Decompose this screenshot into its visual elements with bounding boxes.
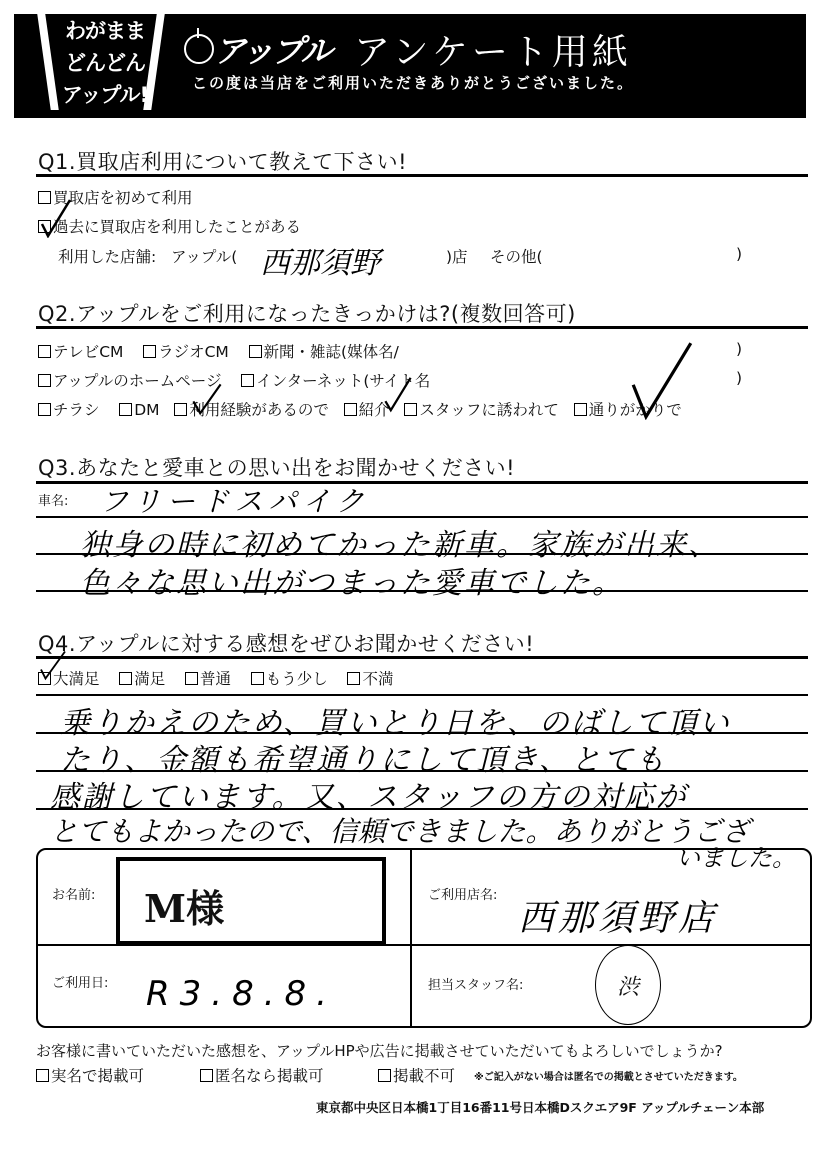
brand-name: アップル [214,26,330,72]
option-label: もう少し [266,670,328,688]
q3-heading: Q3.あなたと愛車との思い出をお聞かせください! [38,452,515,482]
checkbox[interactable] [251,672,264,685]
option-label: 過去に買取店を利用したことがある [53,218,301,236]
ruled-line [36,694,808,696]
checkbox[interactable] [38,191,51,204]
apple-logo-icon [184,34,214,64]
q2-option-referral[interactable]: 紹介 [344,401,390,419]
q2-option-homepage[interactable]: アップルのホームページ [38,372,222,390]
car-name-label: 車名: [38,490,68,509]
option-label: 匿名なら掲載可 [215,1067,324,1085]
ruled-line [36,516,808,518]
staff-stamp: 渋 [595,945,661,1025]
option-label: 利用経験があるので [189,401,329,419]
staff-label: 担当スタッフ名: [428,974,523,993]
option-label: 紹介 [359,401,390,419]
name-label: お名前: [52,884,95,903]
q4-ratings: 大満足 満足 普通 もう少し 不満 [38,667,393,689]
option-label: 不満 [362,670,393,688]
divider [410,848,412,1026]
q2-row1: テレビCM ラジオCM 新聞・雑誌(媒体名/ [38,340,399,362]
checkbox[interactable] [119,672,132,685]
q2-option-passing-by[interactable]: 通りがかりで [574,401,682,419]
checkbox[interactable] [249,345,262,358]
stamp-text: 渋 [617,970,639,1001]
checkbox[interactable] [38,374,51,387]
publish-consent-question: お客様に書いていただいた感想を、アップルHPや広告に掲載させていただいてもよろし… [36,1040,723,1061]
store-name-value[interactable]: 西那須野店 [518,890,718,941]
q2-row2: アップルのホームページ インターネット(サイト名 [38,369,430,391]
store-name-label: ご利用店名: [428,884,497,903]
option-label: 実名で掲載可 [51,1067,144,1085]
checkbox[interactable] [36,1069,49,1082]
q1-heading: Q1.買取店利用について教えて下さい! [38,146,407,176]
checkbox[interactable] [38,345,51,358]
thanks-message: この度は当店をご利用いただきありがとうございました。 [192,72,634,93]
q1-option-used-before[interactable]: 過去に買取店を利用したことがある [38,215,301,237]
checkbox[interactable] [38,672,51,685]
other-close: ) [736,245,742,263]
consent-anonymous[interactable]: 匿名なら掲載可 [200,1064,324,1086]
store-suffix: )店 [446,245,468,267]
option-label: 新聞・雑誌(媒体名/ [264,343,399,361]
checkbox[interactable] [404,403,417,416]
q3-answer-line[interactable]: 色々な思い出がつまった愛車でした。 [80,558,624,602]
divider [36,326,808,329]
q4-heading: Q4.アップルに対する感想をぜひお聞かせください! [38,628,534,658]
divider [36,656,808,659]
rating-could-be-better[interactable]: もう少し [251,670,328,688]
checkbox[interactable] [378,1069,391,1082]
q1-store-value[interactable]: 西那須野 [260,238,380,282]
option-label: アップルのホームページ [53,372,222,390]
option-label: 掲載不可 [393,1067,455,1085]
option-label: 通りがかりで [589,401,682,419]
option-label: インターネット(サイト名 [256,372,430,390]
date-value[interactable]: R3.8.8. [146,974,337,1014]
rating-normal[interactable]: 普通 [185,670,231,688]
slogan-line: わがまま [50,18,160,44]
q2-option-experience[interactable]: 利用経験があるので [174,401,329,419]
q2-option-radio-cm[interactable]: ラジオCM [143,343,229,361]
checkbox[interactable] [347,672,360,685]
checkbox[interactable] [143,345,156,358]
car-name-value[interactable]: フリードスパイク [100,480,370,520]
option-label: チラシ [53,401,100,419]
paren-close: ) [736,340,742,358]
checkbox[interactable] [38,220,51,233]
q2-row3: チラシ DM 利用経験があるので 紹介 スタッフに誘われて 通りがかりで [38,398,682,420]
ruled-line [36,590,808,592]
consent-real-name[interactable]: 実名で掲載可 [36,1064,144,1086]
checkbox[interactable] [38,403,51,416]
checkbox[interactable] [185,672,198,685]
q1-store-row: 利用した店舗: アップル( [58,245,237,267]
option-label: 普通 [200,670,231,688]
q2-option-tv-cm[interactable]: テレビCM [38,343,123,361]
form-title: アンケート用紙 [354,24,632,75]
q2-option-staff-invite[interactable]: スタッフに誘われて [404,401,559,419]
q1-option-first-time[interactable]: 買取店を初めて利用 [38,186,193,208]
consent-note: ※ご記入がない場合は匿名での掲載とさせていただきます。 [474,1068,743,1083]
checkbox[interactable] [200,1069,213,1082]
checkbox[interactable] [574,403,587,416]
rating-satisfied[interactable]: 満足 [119,670,165,688]
paren-close: ) [736,369,742,387]
option-label: スタッフに誘われて [419,401,559,419]
rating-dissatisfied[interactable]: 不満 [347,670,393,688]
name-value: M様 [144,878,224,933]
checkbox[interactable] [174,403,187,416]
store-label: 利用した店舗: [58,248,156,266]
company-address: 東京都中央区日本橋1丁目16番11号日本橋Dスクエア9F アップルチェーン本部 [316,1098,764,1116]
other-label: その他( [490,245,543,267]
store-prefix: アップル( [171,248,237,266]
q2-option-flyer[interactable]: チラシ [38,401,100,419]
q4-answer-line[interactable]: とてもよかったので、信頼できました。ありがとうござ [50,810,749,850]
divider [36,174,808,177]
ruled-line [36,553,808,555]
slogan: わがまま どんどん アップル! [50,14,160,118]
ruled-line [36,732,808,734]
q2-option-internet[interactable]: インターネット(サイト名 [241,372,430,390]
q2-heading: Q2.アップルをご利用になったきっかけは?(複数回答可) [38,298,576,328]
option-label: テレビCM [53,343,123,361]
option-label: 満足 [134,670,165,688]
checkbox[interactable] [241,374,254,387]
slogan-line: アップル! [50,82,160,108]
q2-option-dm[interactable]: DM [119,401,159,419]
slogan-line: どんどん [50,50,160,76]
option-label: 買取店を初めて利用 [53,189,193,207]
date-label: ご利用日: [52,972,108,991]
checkbox[interactable] [119,403,132,416]
rating-very-satisfied[interactable]: 大満足 [38,670,100,688]
consent-no-publish[interactable]: 掲載不可 [378,1064,455,1086]
checkbox[interactable] [344,403,357,416]
option-label: DM [134,401,159,419]
option-label: ラジオCM [158,343,229,361]
q2-option-newspaper[interactable]: 新聞・雑誌(媒体名/ [249,343,399,361]
option-label: 大満足 [53,670,100,688]
